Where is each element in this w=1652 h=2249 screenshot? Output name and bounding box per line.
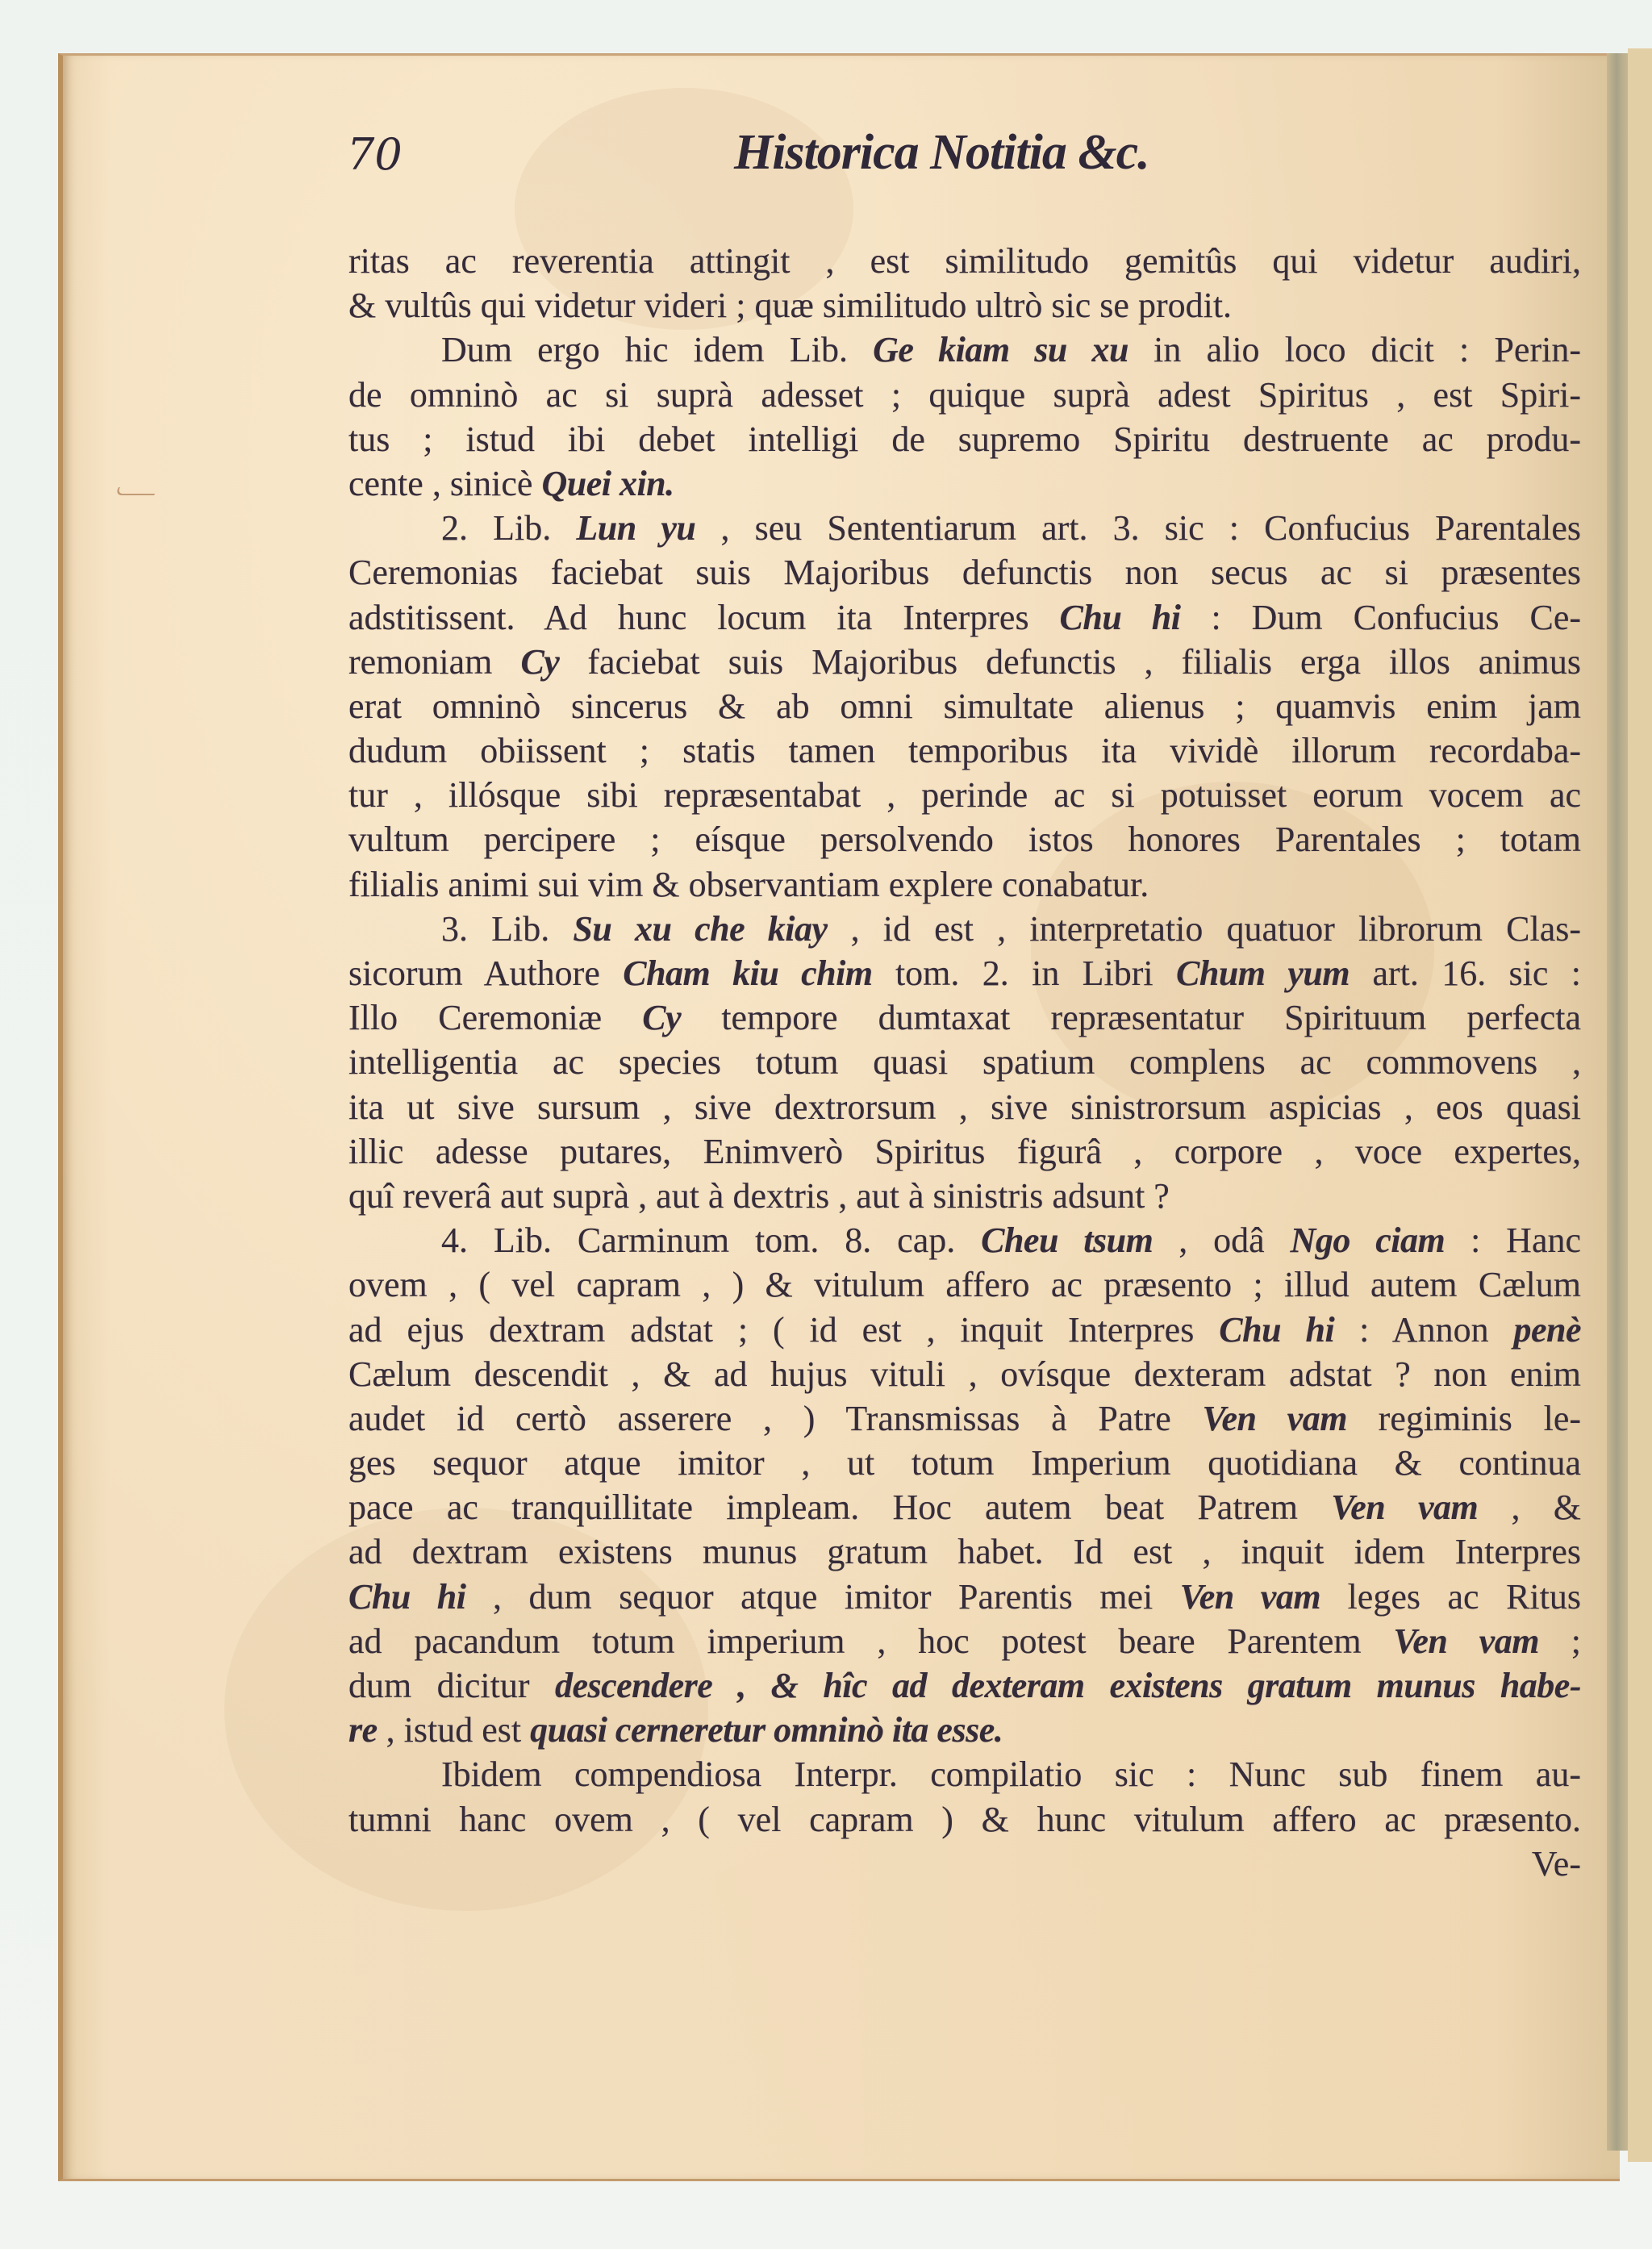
text-run: adstitissent. Ad hunc locum ita Interpre… <box>348 598 1060 637</box>
text-run: Dum ergo hic idem Lib. <box>441 330 873 369</box>
text-run: tom. 2. in Libri <box>873 953 1176 993</box>
text-run: , & <box>1478 1488 1581 1527</box>
text-line: cente , sinicè Quei xin. <box>348 461 1581 506</box>
text-run: ; <box>1539 1621 1581 1661</box>
italic-term: Lun yu <box>576 508 695 548</box>
text-run: ritas ac reverentia attingit , est simil… <box>348 241 1581 281</box>
text-run: Cælum descendit , & ad hujus vituli , ov… <box>348 1354 1581 1394</box>
paper-fiber-mark <box>114 487 159 495</box>
text-run: ad dextram existens munus gratum habet. … <box>348 1532 1581 1571</box>
text-run: 4. Lib. Carminum tom. 8. cap. <box>441 1220 981 1260</box>
text-run: in alio loco dicit : Perin- <box>1128 330 1581 369</box>
text-run: & vultûs qui videtur videri ; quæ simili… <box>348 286 1232 325</box>
text-line: 4. Lib. Carminum tom. 8. cap. Cheu tsum … <box>348 1218 1581 1262</box>
text-line: remoniam Cy faciebat suis Majoribus defu… <box>348 640 1581 684</box>
text-line: ovem , ( vel capram , ) & vitulum affero… <box>348 1262 1581 1307</box>
text-run: Ceremonias faciebat suis Majoribus defun… <box>348 553 1581 592</box>
text-line: pace ac tranquillitate impleam. Hoc aute… <box>348 1485 1581 1529</box>
text-run: ad ejus dextram adstat ; ( id est , inqu… <box>348 1310 1219 1350</box>
text-line: tur , illósque sibi repræsentabat , peri… <box>348 773 1581 817</box>
text-run: : Annon <box>1334 1310 1513 1350</box>
italic-term: Ven vam <box>1393 1621 1539 1661</box>
text-run: tur , illósque sibi repræsentabat , peri… <box>348 775 1581 815</box>
text-run: quî reverâ aut suprà , aut à dextris , a… <box>348 1176 1170 1216</box>
text-line: tumni hanc ovem , ( vel capram ) & hunc … <box>348 1797 1581 1842</box>
text-line: & vultûs qui videtur videri ; quæ simili… <box>348 283 1581 328</box>
text-line: dum dicitur descendere , & hîc ad dexter… <box>348 1663 1581 1708</box>
text-run: , istud est <box>378 1710 530 1750</box>
italic-term: Chu hi <box>1060 598 1181 637</box>
text-line: Illo Ceremoniæ Cy tempore dumtaxat repræ… <box>348 995 1581 1040</box>
text-line: illic adesse putares, Enimverò Spiritus … <box>348 1129 1581 1174</box>
text-run: art. 16. sic : <box>1350 953 1581 993</box>
italic-term: Quei xin. <box>541 464 674 503</box>
text-line: dudum obiissent ; statis tamen temporibu… <box>348 728 1581 773</box>
text-run: ges sequor atque imitor , ut totum Imper… <box>348 1443 1581 1483</box>
text-run: : Hanc <box>1445 1220 1581 1260</box>
text-line: Cælum descendit , & ad hujus vituli , ov… <box>348 1352 1581 1396</box>
text-run: , dum sequor atque imitor Parentis mei <box>466 1577 1180 1617</box>
text-run: 2. Lib. <box>441 508 576 548</box>
italic-term: Ven vam <box>1331 1488 1478 1527</box>
text-run: filialis animi sui vim & observantiam ex… <box>348 865 1149 904</box>
italic-term: Ngo ciam <box>1291 1220 1445 1260</box>
italic-term: Cheu tsum <box>981 1220 1153 1260</box>
text-line: filialis animi sui vim & observantiam ex… <box>348 862 1581 907</box>
text-line: ad pacandum totum imperium , hoc potest … <box>348 1619 1581 1663</box>
text-line: re , istud est quasi cerneretur omninò i… <box>348 1708 1581 1752</box>
text-line: Ceremonias faciebat suis Majoribus defun… <box>348 550 1581 595</box>
text-line: intelligentia ac species totum quasi spa… <box>348 1040 1581 1084</box>
text-run: tumni hanc ovem , ( vel capram ) & hunc … <box>348 1800 1581 1839</box>
text-line: Chu hi , dum sequor atque imitor Parenti… <box>348 1575 1581 1619</box>
running-head: 70 Historica Notitia &c. <box>347 121 1581 194</box>
text-line: 3. Lib. Su xu che kiay , id est , interp… <box>348 907 1581 951</box>
italic-term: Cy <box>642 998 681 1037</box>
text-run: leges ac Ritus <box>1320 1577 1581 1617</box>
text-run: ita ut sive sursum , sive dextrorsum , s… <box>348 1087 1581 1127</box>
text-line: vultum percipere ; eísque persolvendo is… <box>348 817 1581 862</box>
body-text: ritas ac reverentia attingit , est simil… <box>348 239 1581 1886</box>
text-run: tempore dumtaxat repræsentatur Spirituum… <box>681 998 1581 1037</box>
text-line: Dum ergo hic idem Lib. Ge kiam su xu in … <box>348 328 1581 372</box>
text-line: ita ut sive sursum , sive dextrorsum , s… <box>348 1085 1581 1129</box>
italic-term: Cy <box>520 642 559 682</box>
facing-page-edge <box>1628 48 1652 2162</box>
italic-term: Cham kiu chim <box>623 953 872 993</box>
text-run: tus ; istud ibi debet intelligi de supre… <box>348 419 1581 459</box>
text-run: audet id certò asserere , ) Transmissas … <box>348 1399 1202 1438</box>
text-line: audet id certò asserere , ) Transmissas … <box>348 1396 1581 1441</box>
text-run: 3. Lib. <box>441 909 573 949</box>
text-run: ovem , ( vel capram , ) & vitulum affero… <box>348 1265 1581 1304</box>
text-line: ad dextram existens munus gratum habet. … <box>348 1529 1581 1574</box>
text-run: cente , sinicè <box>348 464 541 503</box>
italic-term: Ven vam <box>1180 1577 1320 1617</box>
text-line: erat omninò sincerus & ab omni simultate… <box>348 684 1581 728</box>
text-run: ad pacandum totum imperium , hoc potest … <box>348 1621 1393 1661</box>
text-line: 2. Lib. Lun yu , seu Sententiarum art. 3… <box>348 506 1581 550</box>
italic-term: Chu hi <box>1219 1310 1334 1350</box>
text-line: ritas ac reverentia attingit , est simil… <box>348 239 1581 283</box>
text-run: intelligentia ac species totum quasi spa… <box>348 1042 1581 1082</box>
text-line: de omninò ac si suprà adesset ; quique s… <box>348 373 1581 417</box>
italic-term: Chu hi <box>348 1577 466 1617</box>
text-run: : Dum Confucius Ce- <box>1181 598 1582 637</box>
text-line: ad ejus dextram adstat ; ( id est , inqu… <box>348 1308 1581 1352</box>
text-run: erat omninò sincerus & ab omni simultate… <box>348 686 1581 726</box>
italic-term: Chum yum <box>1176 953 1350 993</box>
text-line: Ibidem compendiosa Interpr. compilatio s… <box>348 1752 1581 1796</box>
text-run: regiminis le- <box>1347 1399 1581 1438</box>
text-run: dum dicitur <box>348 1666 555 1705</box>
text-run: illic adesse putares, Enimverò Spiritus … <box>348 1132 1581 1171</box>
text-run: , id est , interpretatio quatuor libroru… <box>828 909 1582 949</box>
text-run: Ibidem compendiosa Interpr. compilatio s… <box>441 1755 1581 1794</box>
page-number: 70 <box>347 129 403 180</box>
text-line: adstitissent. Ad hunc locum ita Interpre… <box>348 595 1581 640</box>
text-line: tus ; istud ibi debet intelligi de supre… <box>348 417 1581 461</box>
text-run: , odâ <box>1153 1220 1290 1260</box>
italic-term: penè <box>1513 1310 1581 1350</box>
text-run: faciebat suis Majoribus defunctis , fili… <box>559 642 1581 682</box>
scanned-book-spread: 70 Historica Notitia &c. ritas ac revere… <box>0 0 1652 2249</box>
text-run: , seu Sententiarum art. 3. sic : Confuci… <box>695 508 1581 548</box>
text-line: ges sequor atque imitor , ut totum Imper… <box>348 1441 1581 1485</box>
text-line: quî reverâ aut suprà , aut à dextris , a… <box>348 1174 1581 1218</box>
text-run: Illo Ceremoniæ <box>348 998 642 1037</box>
text-run: remoniam <box>348 642 520 682</box>
italic-term: descendere , & hîc ad dexteram existens … <box>555 1666 1581 1705</box>
italic-term: quasi cerneretur omninò ita esse. <box>530 1710 1003 1750</box>
italic-term: Ge kiam su xu <box>873 330 1128 369</box>
text-line: sicorum Authore Cham kiu chim tom. 2. in… <box>348 951 1581 995</box>
text-run: vultum percipere ; eísque persolvendo is… <box>348 820 1581 859</box>
text-run: sicorum Authore <box>348 953 623 993</box>
italic-term: Ven vam <box>1202 1399 1346 1438</box>
italic-term: re <box>348 1710 378 1750</box>
text-run: dudum obiissent ; statis tamen temporibu… <box>348 731 1581 770</box>
catchword: Ve- <box>348 1842 1581 1886</box>
italic-term: Su xu che kiay <box>573 909 827 949</box>
running-title: Historica Notitia &c. <box>734 124 1149 182</box>
text-run: pace ac tranquillitate impleam. Hoc aute… <box>348 1488 1331 1527</box>
text-run: de omninò ac si suprà adesset ; quique s… <box>348 375 1581 415</box>
